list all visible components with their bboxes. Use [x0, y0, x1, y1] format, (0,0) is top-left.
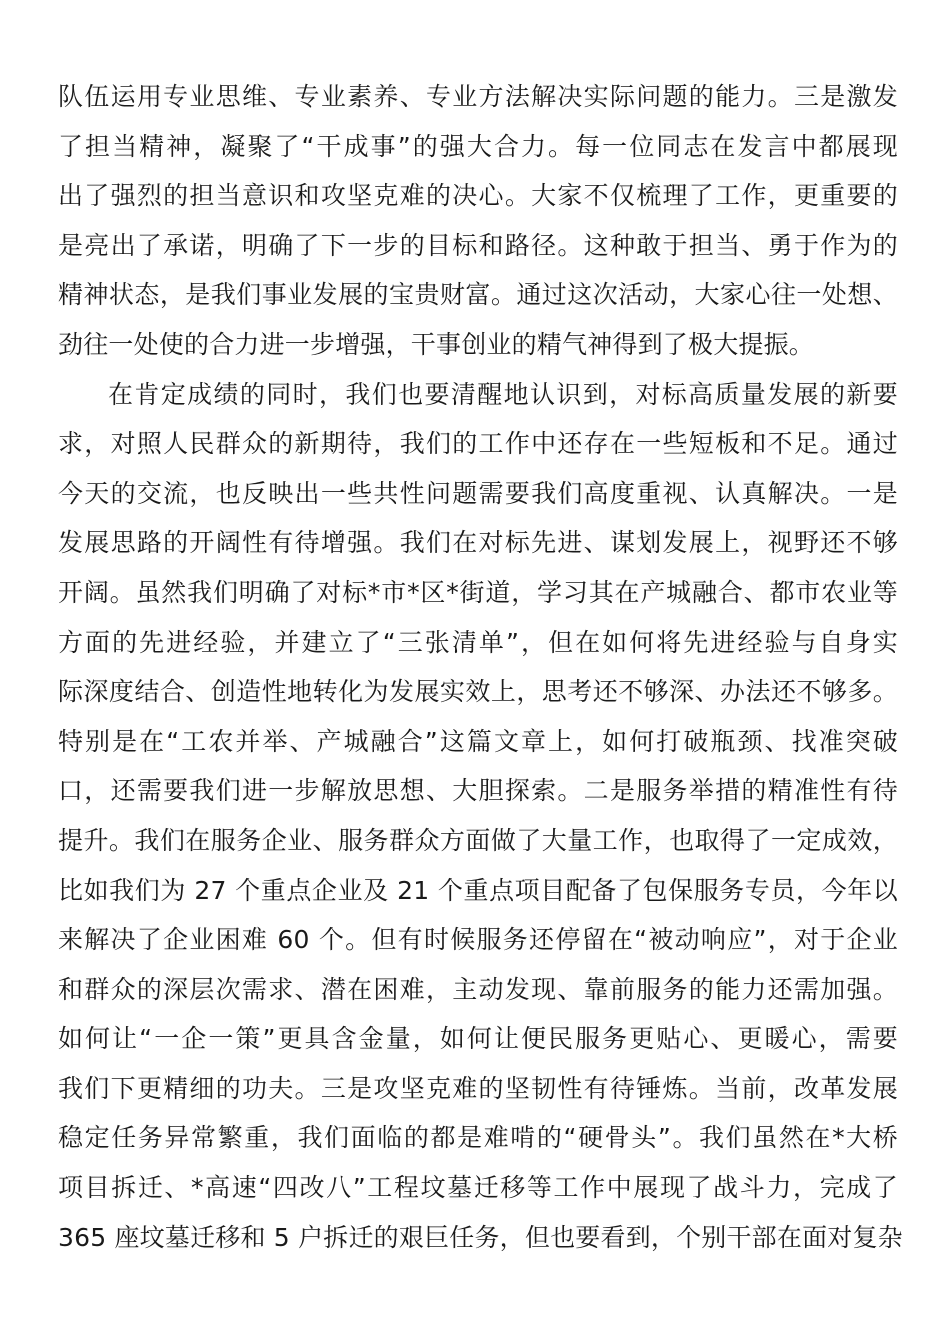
- text-line: 劲往一处使的合力进一步增强，干事创业的精气神得到了极大提振。: [58, 320, 898, 370]
- paragraph-first-line: 在肯定成绩的同时，我们也要清醒地认识到，对标高质量发展的新要: [58, 370, 898, 420]
- text-line: 求，对照人民群众的新期待，我们的工作中还存在一些短板和不足。通过: [58, 419, 898, 469]
- text-line: 口，还需要我们进一步解放思想、大胆探索。二是服务举措的精准性有待: [58, 766, 898, 816]
- document-body: 队伍运用专业思维、专业素养、专业方法解决实际问题的能力。三是激发 了担当精神，凝…: [58, 72, 898, 1262]
- text-line: 特别是在“工农并举、产城融合”这篇文章上，如何打破瓶颈、找准突破: [58, 717, 898, 767]
- text-line: 发展思路的开阔性有待增强。我们在对标先进、谋划发展上，视野还不够: [58, 518, 898, 568]
- text-line: 队伍运用专业思维、专业素养、专业方法解决实际问题的能力。三是激发: [58, 72, 898, 122]
- text-line: 际深度结合、创造性地转化为发展实效上，思考还不够深、办法还不够多。: [58, 667, 898, 717]
- text-line: 如何让“一企一策”更具含金量，如何让便民服务更贴心、更暖心，需要: [58, 1014, 898, 1064]
- document-page: 队伍运用专业思维、专业素养、专业方法解决实际问题的能力。三是激发 了担当精神，凝…: [0, 0, 950, 1344]
- text-line: 今天的交流，也反映出一些共性问题需要我们高度重视、认真解决。一是: [58, 469, 898, 519]
- text-line: 是亮出了承诺，明确了下一步的目标和路径。这种敢于担当、勇于作为的: [58, 221, 898, 271]
- text-line: 来解决了企业困难 60 个。但有时候服务还停留在“被动响应”，对于企业: [58, 915, 898, 965]
- text-line: 365 座坟墓迁移和 5 户拆迁的艰巨任务，但也要看到，个别干部在面对复杂: [58, 1213, 898, 1263]
- text-line: 项目拆迁、*高速“四改八”工程坟墓迁移等工作中展现了战斗力，完成了: [58, 1163, 898, 1213]
- text-line: 精神状态，是我们事业发展的宝贵财富。通过这次活动，大家心往一处想、: [58, 270, 898, 320]
- text-line: 比如我们为 27 个重点企业及 21 个重点项目配备了包保服务专员，今年以: [58, 866, 898, 916]
- text-line: 出了强烈的担当意识和攻坚克难的决心。大家不仅梳理了工作，更重要的: [58, 171, 898, 221]
- text-line: 提升。我们在服务企业、服务群众方面做了大量工作，也取得了一定成效，: [58, 816, 898, 866]
- text-line: 和群众的深层次需求、潜在困难，主动发现、靠前服务的能力还需加强。: [58, 965, 898, 1015]
- text-line: 了担当精神，凝聚了“干成事”的强大合力。每一位同志在发言中都展现: [58, 122, 898, 172]
- text-line: 我们下更精细的功夫。三是攻坚克难的坚韧性有待锤炼。当前，改革发展: [58, 1064, 898, 1114]
- text-line: 开阔。虽然我们明确了对标*市*区*街道，学习其在产城融合、都市农业等: [58, 568, 898, 618]
- text-line: 方面的先进经验，并建立了“三张清单”，但在如何将先进经验与自身实: [58, 618, 898, 668]
- text-line: 稳定任务异常繁重，我们面临的都是难啃的“硬骨头”。我们虽然在*大桥: [58, 1113, 898, 1163]
